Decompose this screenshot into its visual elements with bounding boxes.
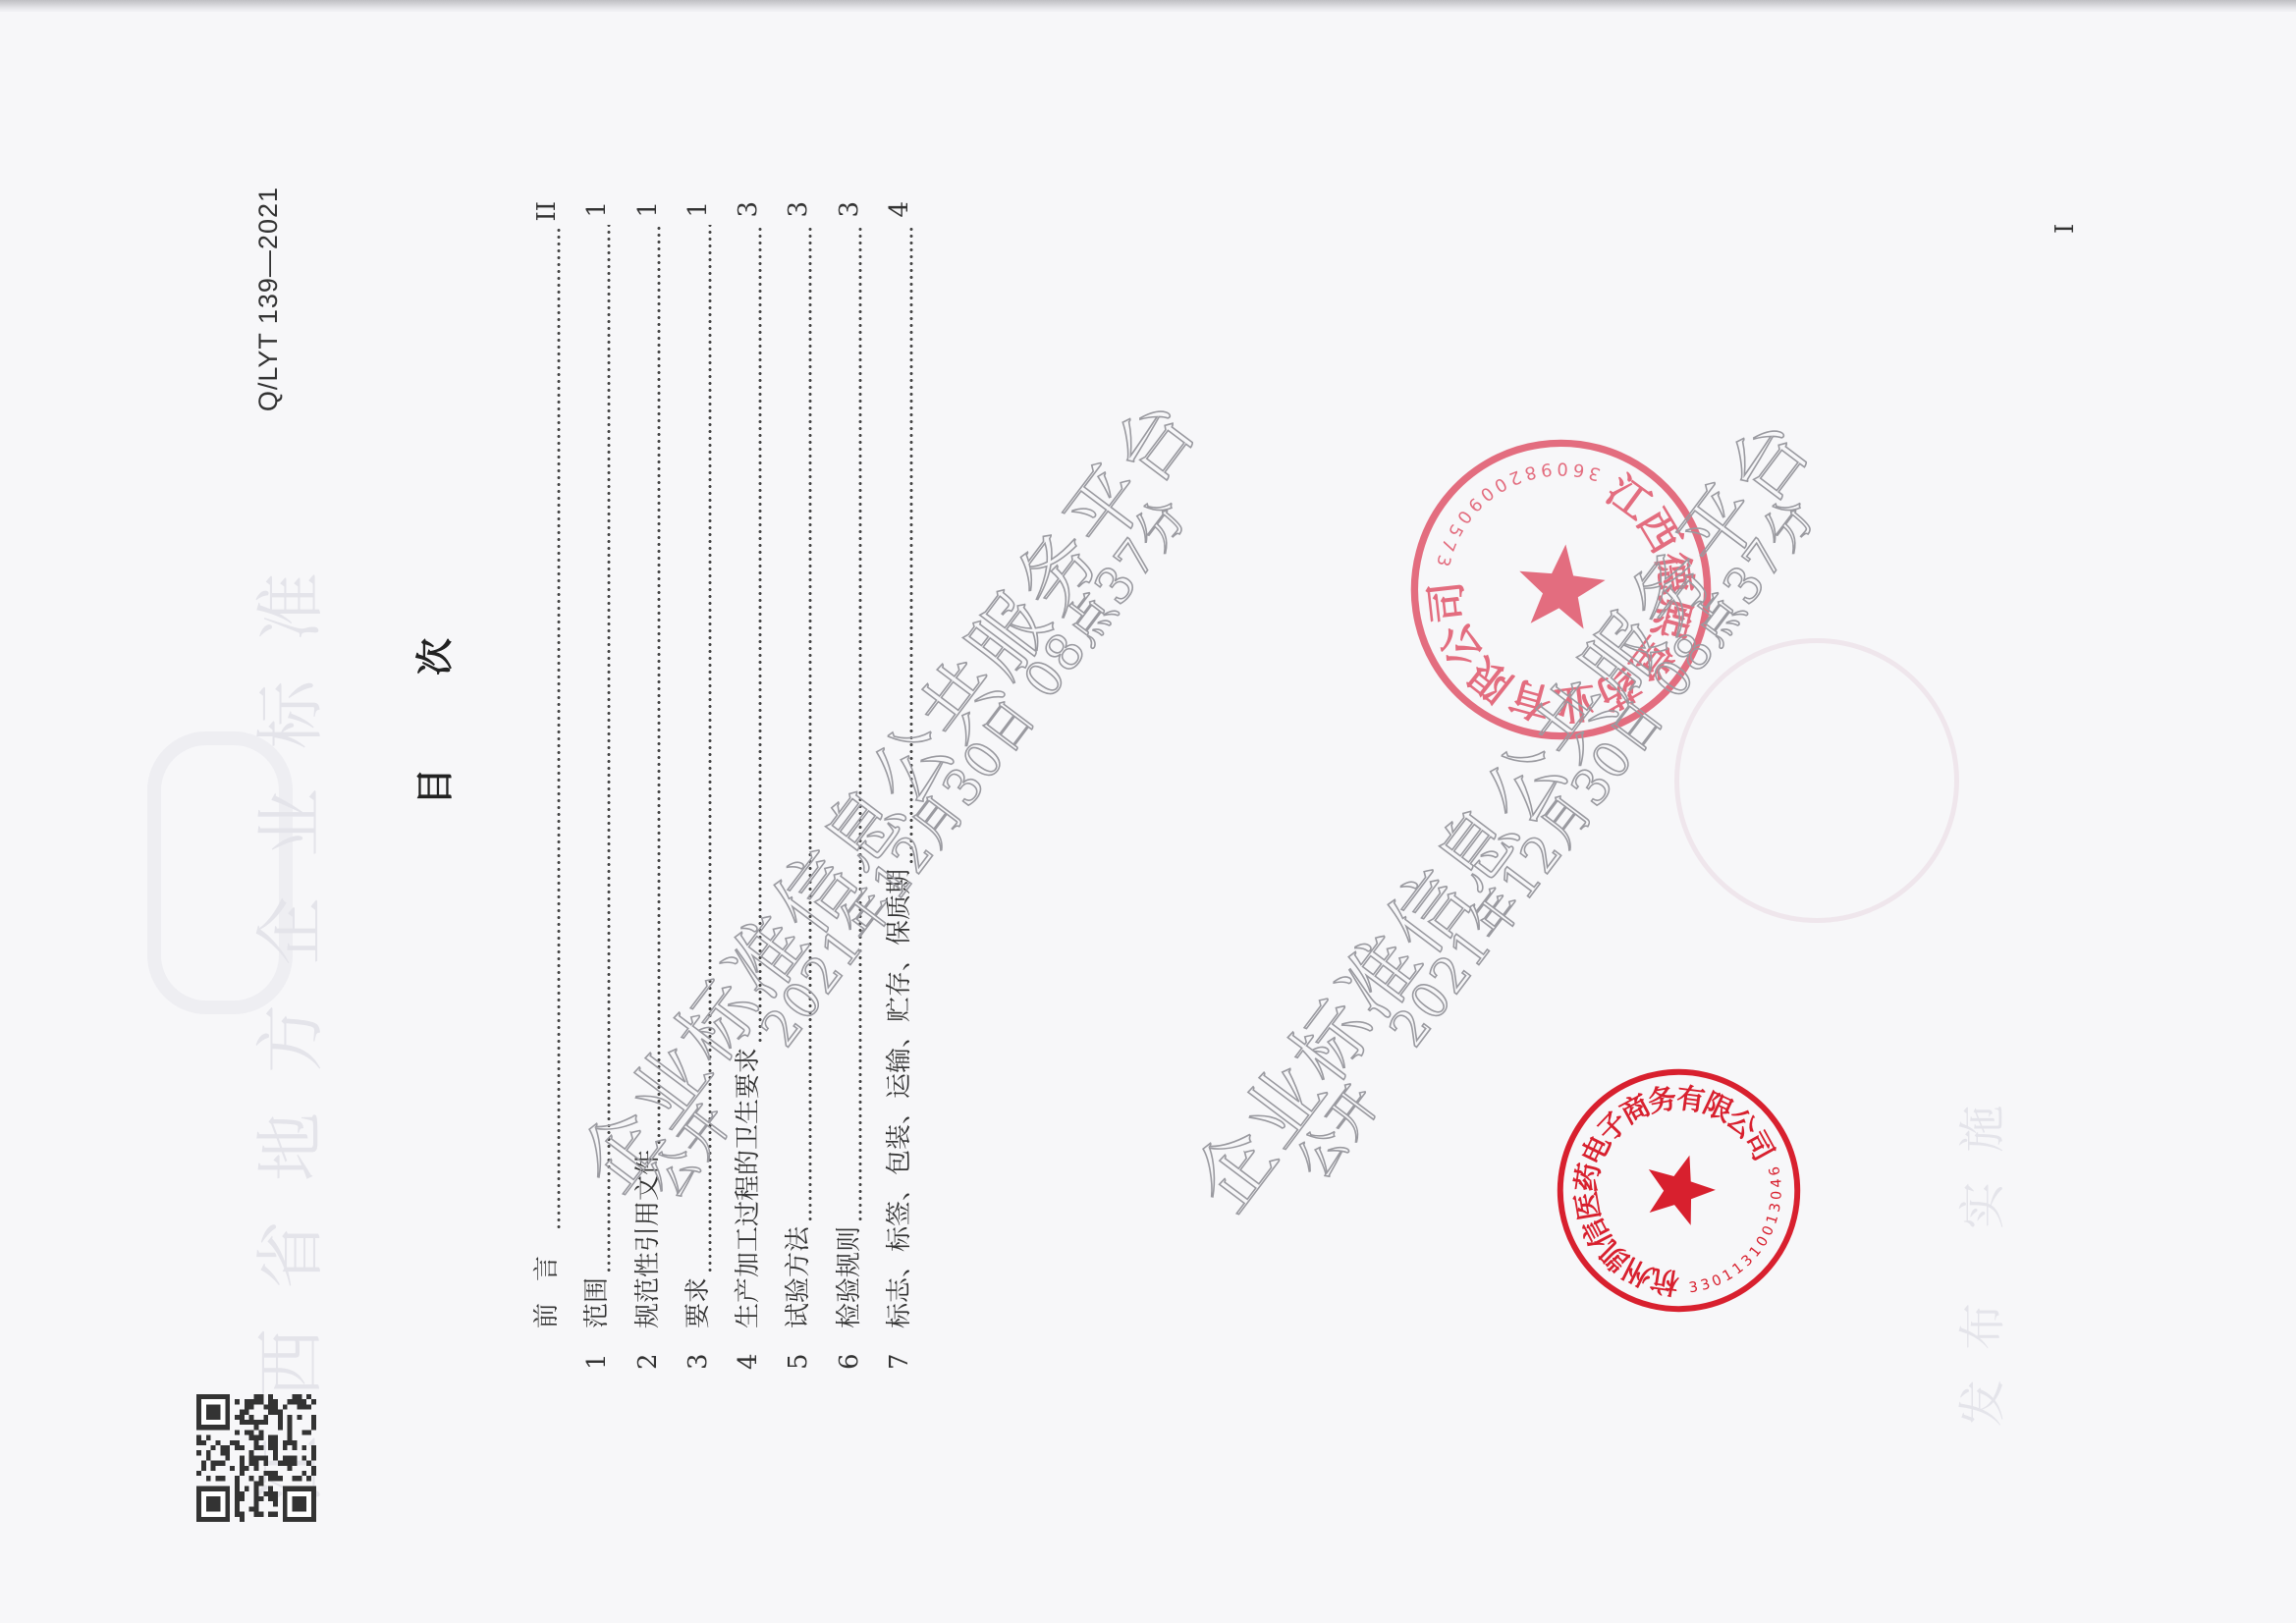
toc-entry-number: 5 <box>784 1328 813 1370</box>
standard-code: Q/LYT 139—2021 <box>253 187 284 411</box>
toc-leader-dots <box>557 226 561 1230</box>
svg-text:1: 1 <box>1764 1213 1781 1225</box>
toc-entry-label: 试验方法 <box>778 1226 814 1328</box>
toc-entry-label: 生产加工过程的卫生要求 <box>728 1048 764 1328</box>
toc-entry-page: 3 <box>784 201 813 221</box>
toc-entry-number: 7 <box>885 1328 914 1370</box>
toc-entry-page: II <box>532 201 562 222</box>
toc-entry-page: 1 <box>683 201 713 221</box>
svg-text:8: 8 <box>1522 461 1538 484</box>
toc-entry-number: 4 <box>734 1328 763 1370</box>
toc-entry-label: 范围 <box>576 1277 613 1328</box>
toc-entry-label: 检验规则 <box>829 1226 865 1328</box>
toc-entry-page: 3 <box>734 201 763 221</box>
svg-text:5: 5 <box>1444 520 1467 540</box>
toc-leader-dots <box>808 225 812 1222</box>
toc-title: 目 次 <box>405 638 459 805</box>
toc-entry-number: 3 <box>683 1328 713 1370</box>
toc-entry-number: 1 <box>582 1328 612 1370</box>
svg-text:3: 3 <box>1688 1279 1699 1296</box>
toc-entry-page: 4 <box>885 201 914 221</box>
svg-text:0: 0 <box>1557 459 1568 479</box>
svg-text:4: 4 <box>1769 1178 1785 1188</box>
page-number: I <box>2050 224 2080 234</box>
bleed-through-stamp <box>1674 638 1959 923</box>
company-seal-2: 杭州凯信医药电子商务有限公司33011310013046 <box>1554 1065 1804 1316</box>
svg-text:3: 3 <box>1768 1202 1784 1214</box>
svg-text:3: 3 <box>1586 461 1603 484</box>
toc-title-char: 目 <box>405 768 459 805</box>
toc-entry: 前言II <box>526 201 576 1370</box>
toc-entry-number: 6 <box>835 1328 864 1370</box>
svg-text:2: 2 <box>1505 465 1523 489</box>
svg-text:0: 0 <box>1760 1223 1777 1238</box>
svg-text:3: 3 <box>1432 553 1454 568</box>
toc-entry-label: 前言 <box>526 1234 563 1328</box>
toc-title-char: 次 <box>405 638 459 676</box>
toc-entry-page: 1 <box>633 201 663 221</box>
toc-entry: 4生产加工过程的卫生要求3 <box>728 201 778 1370</box>
svg-text:司: 司 <box>1421 579 1473 625</box>
svg-text:0: 0 <box>1769 1191 1784 1201</box>
svg-text:9: 9 <box>1540 459 1554 480</box>
toc-entry-page: 3 <box>835 201 864 221</box>
toc-entry-number: 2 <box>633 1328 663 1370</box>
toc-entry-page: 1 <box>582 201 612 221</box>
toc-entry-label: 要求 <box>678 1277 714 1328</box>
svg-text:7: 7 <box>1437 536 1460 554</box>
svg-text:3: 3 <box>1699 1276 1712 1294</box>
qr-code-icon <box>196 1394 316 1522</box>
svg-text:6: 6 <box>1767 1165 1784 1177</box>
bleed-through-subtitle: 发布 实施 <box>1944 1076 2012 1427</box>
svg-text:6: 6 <box>1572 459 1586 480</box>
bleed-through-title: 江西省地方企业标准 <box>236 533 335 1505</box>
toc-leader-dots <box>858 225 862 1222</box>
